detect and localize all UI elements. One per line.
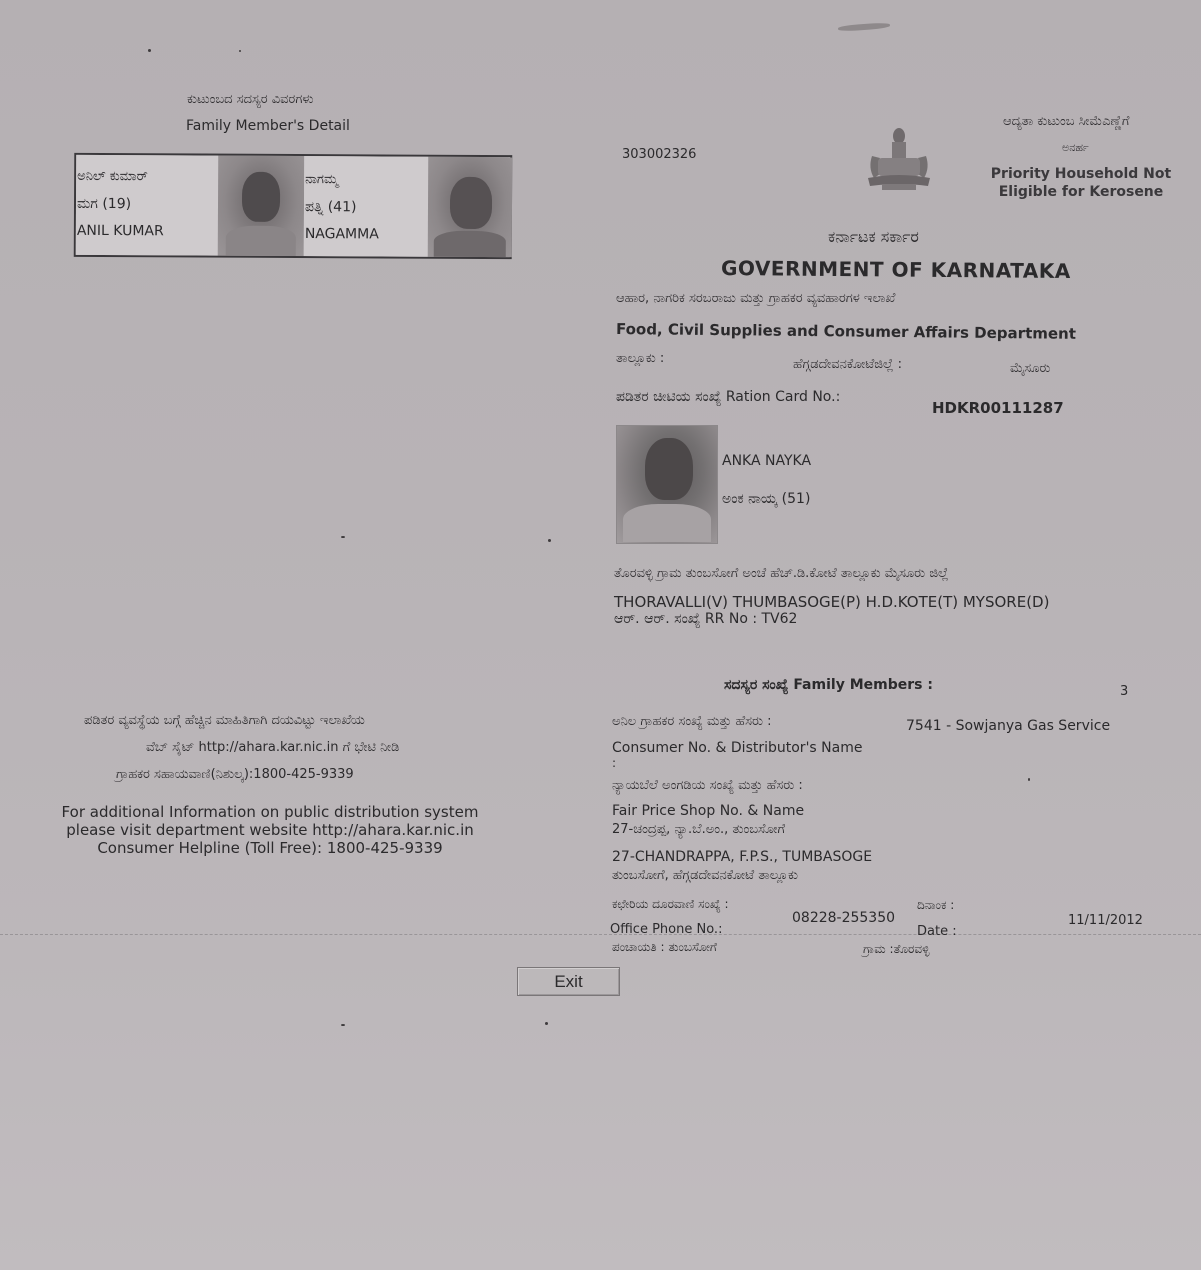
paper-speck <box>545 1022 548 1025</box>
fair-price-shop-label-kn: ನ್ಯಾಯಬೆಲೆ ಅಂಗಡಿಯ ಸಂಖ್ಯೆ ಮತ್ತು ಹೆಸರು : <box>612 778 803 793</box>
member-photo <box>218 156 305 256</box>
karnataka-emblem-icon <box>862 126 936 192</box>
family-count-value: 3 <box>1120 684 1128 699</box>
paper-speck <box>548 539 551 542</box>
card-code-number: 303002326 <box>622 147 696 162</box>
fair-price-shop-taluk-kn: ತುಂಬಸೋಗೆ, ಹೆಗ್ಗಡದೇವನಕೋಟೆ ತಾಲ್ಲೂಕು <box>612 868 798 883</box>
separator-colon: : <box>612 756 616 770</box>
panchayat: ಪಂಚಾಯತಿ : ತುಂಬಸೋಗೆ <box>612 940 717 955</box>
info-kn-line: ವೆಬ್ ಸೈಟ್ http://ahara.kar.nic.in ಗೆ ಭೇಟ… <box>146 740 399 755</box>
address-en: THORAVALLI(V) THUMBASOGE(P) H.D.KOTE(T) … <box>614 593 1049 611</box>
fair-price-shop-label: Fair Price Shop No. & Name <box>612 803 804 819</box>
info-en-line: For additional Information on public dis… <box>50 803 490 821</box>
paper-speck <box>239 50 241 52</box>
priority-ineligible-kn: ಅನರ್ಹ <box>1062 141 1089 155</box>
government-title-kn: ಕರ್ನಾಟಕ ಸರ್ಕಾರ <box>828 227 919 247</box>
family-members-table: ಅನಿಲ್ ಕುಮಾರ್ ಮಗ (19) ANIL KUMAR ನಾಗಮ್ಮ ಪ… <box>74 153 513 259</box>
paper-speck <box>341 536 345 538</box>
ration-card-number: HDKR00111287 <box>932 399 1064 417</box>
issue-date: 11/11/2012 <box>1068 913 1143 928</box>
member-card: ನಾಗಮ್ಮ ಪತ್ನಿ (41) NAGAMMA <box>304 156 429 257</box>
info-en-line: Consumer Helpline (Toll Free): 1800-425-… <box>50 839 490 857</box>
member-name-kn: ಅನಿಲ್ ಕುಮಾರ್ <box>77 169 148 184</box>
head-of-family-photo <box>616 425 718 544</box>
date-label: Date : <box>917 924 957 939</box>
taluk-label: ತಾಲ್ಲೂಕು : <box>616 351 664 366</box>
priority-household-kn: ಆದ್ಯತಾ ಕುಟುಂಬ ಸೀಮೆಎಣ್ಣೆಗೆ <box>1003 114 1129 129</box>
member-name-en: ANIL KUMAR <box>77 223 164 239</box>
member-relation-age: ಮಗ (19) <box>77 196 131 212</box>
department-name-kn: ಆಹಾರ, ನಾಗರಿಕ ಸರಬರಾಜು ಮತ್ತು ಗ್ರಾಹಕರ ವ್ಯವಹ… <box>616 291 895 306</box>
family-members-title-en: Family Member's Detail <box>186 118 350 134</box>
gas-consumer-label: Consumer No. & Distributor's Name <box>612 740 862 756</box>
info-en-block: For additional Information on public dis… <box>50 803 490 857</box>
info-kn-line: ಗ್ರಾಹಕರ ಸಹಾಯವಾಣಿ(ನಿಶುಲ್ಕ):1800-425-9339 <box>116 767 354 782</box>
fair-price-shop-value: 27-CHANDRAPPA, F.P.S., TUMBASOGE <box>612 849 872 865</box>
head-of-family-name-kn-age: ಅಂಕ ನಾಯ್ಕ (51) <box>722 491 810 507</box>
member-relation-age: ಪತ್ನಿ (41) <box>305 199 357 215</box>
office-phone-label-kn: ಕಛೇರಿಯ ದೂರವಾಣಿ ಸಂಖ್ಯೆ : <box>612 897 729 912</box>
department-name: Food, Civil Supplies and Consumer Affair… <box>616 320 1076 343</box>
date-label-kn: ದಿನಾಂಕ : <box>917 898 954 913</box>
member-name-kn: ನಾಗಮ್ಮ <box>305 172 338 187</box>
info-en-line: please visit department website http://a… <box>50 821 490 839</box>
priority-household-status: Priority Household Not Eligible for Kero… <box>990 165 1172 201</box>
exit-button[interactable]: Exit <box>517 967 620 996</box>
rr-number: ಆರ್. ಆರ್. ಸಂಖ್ಯೆ RR No : TV62 <box>614 611 797 627</box>
fair-price-shop-value-kn: 27-ಚಂದ್ರಪ್ಪ, ನ್ಯಾ.ಬೆ.ಅಂ., ತುಂಬಸೋಗೆ <box>612 822 785 837</box>
paper-speck <box>148 49 151 52</box>
paper-fold-line <box>0 934 1201 936</box>
government-title: GOVERNMENT OF KARNATAKA <box>721 256 1071 283</box>
paper-smudge <box>838 22 890 32</box>
gas-consumer-label-kn: ಅನಿಲ ಗ್ರಾಹಕರ ಸಂಖ್ಯೆ ಮತ್ತು ಹೆಸರು : <box>612 714 772 729</box>
address-kn: ತೊರವಳ್ಳಿ ಗ್ರಾಮ ತುಂಬಸೋಗೆ ಅಂಚೆ ಹೆಚ್.ಡಿ.ಕೋಟ… <box>614 566 949 581</box>
office-phone-value: 08228-255350 <box>792 910 895 926</box>
member-name-en: NAGAMMA <box>305 226 379 242</box>
district-value: ಮೈಸೂರು <box>1010 361 1050 376</box>
village: ಗ್ರಾಮ :ತೊರವಳ್ಳಿ <box>863 942 929 957</box>
head-of-family-name: ANKA NAYKA <box>722 453 811 469</box>
ration-card-label: ಪಡಿತರ ಚೀಟಿಯ ಸಂಖ್ಯೆ Ration Card No.: <box>616 389 840 405</box>
office-phone-label: Office Phone No.: <box>610 922 722 937</box>
member-photo <box>428 157 513 257</box>
member-card: ಅನಿಲ್ ಕುಮಾರ್ ಮಗ (19) ANIL KUMAR <box>76 155 219 256</box>
taluk-value: ಹೆಗ್ಗಡದೇವನಕೋಟೆಜಿಲ್ಲೆ : <box>793 357 902 372</box>
info-kn-line: ಪಡಿತರ ವ್ಯವಸ್ಥೆಯ ಬಗ್ಗೆ ಹೆಚ್ಚಿನ ಮಾಹಿತಿಗಾಗಿ… <box>84 713 365 728</box>
family-members-title-kn: ಕುಟುಂಬದ ಸದಸ್ಯರ ವಿವರಗಳು <box>187 92 314 107</box>
gas-consumer-value: 7541 - Sowjanya Gas Service <box>906 718 1110 734</box>
family-count-label: ಸದಸ್ಯರ ಸಂಖ್ಯೆ Family Members : <box>724 677 933 693</box>
paper-speck <box>341 1024 345 1026</box>
paper-speck <box>1028 778 1030 781</box>
